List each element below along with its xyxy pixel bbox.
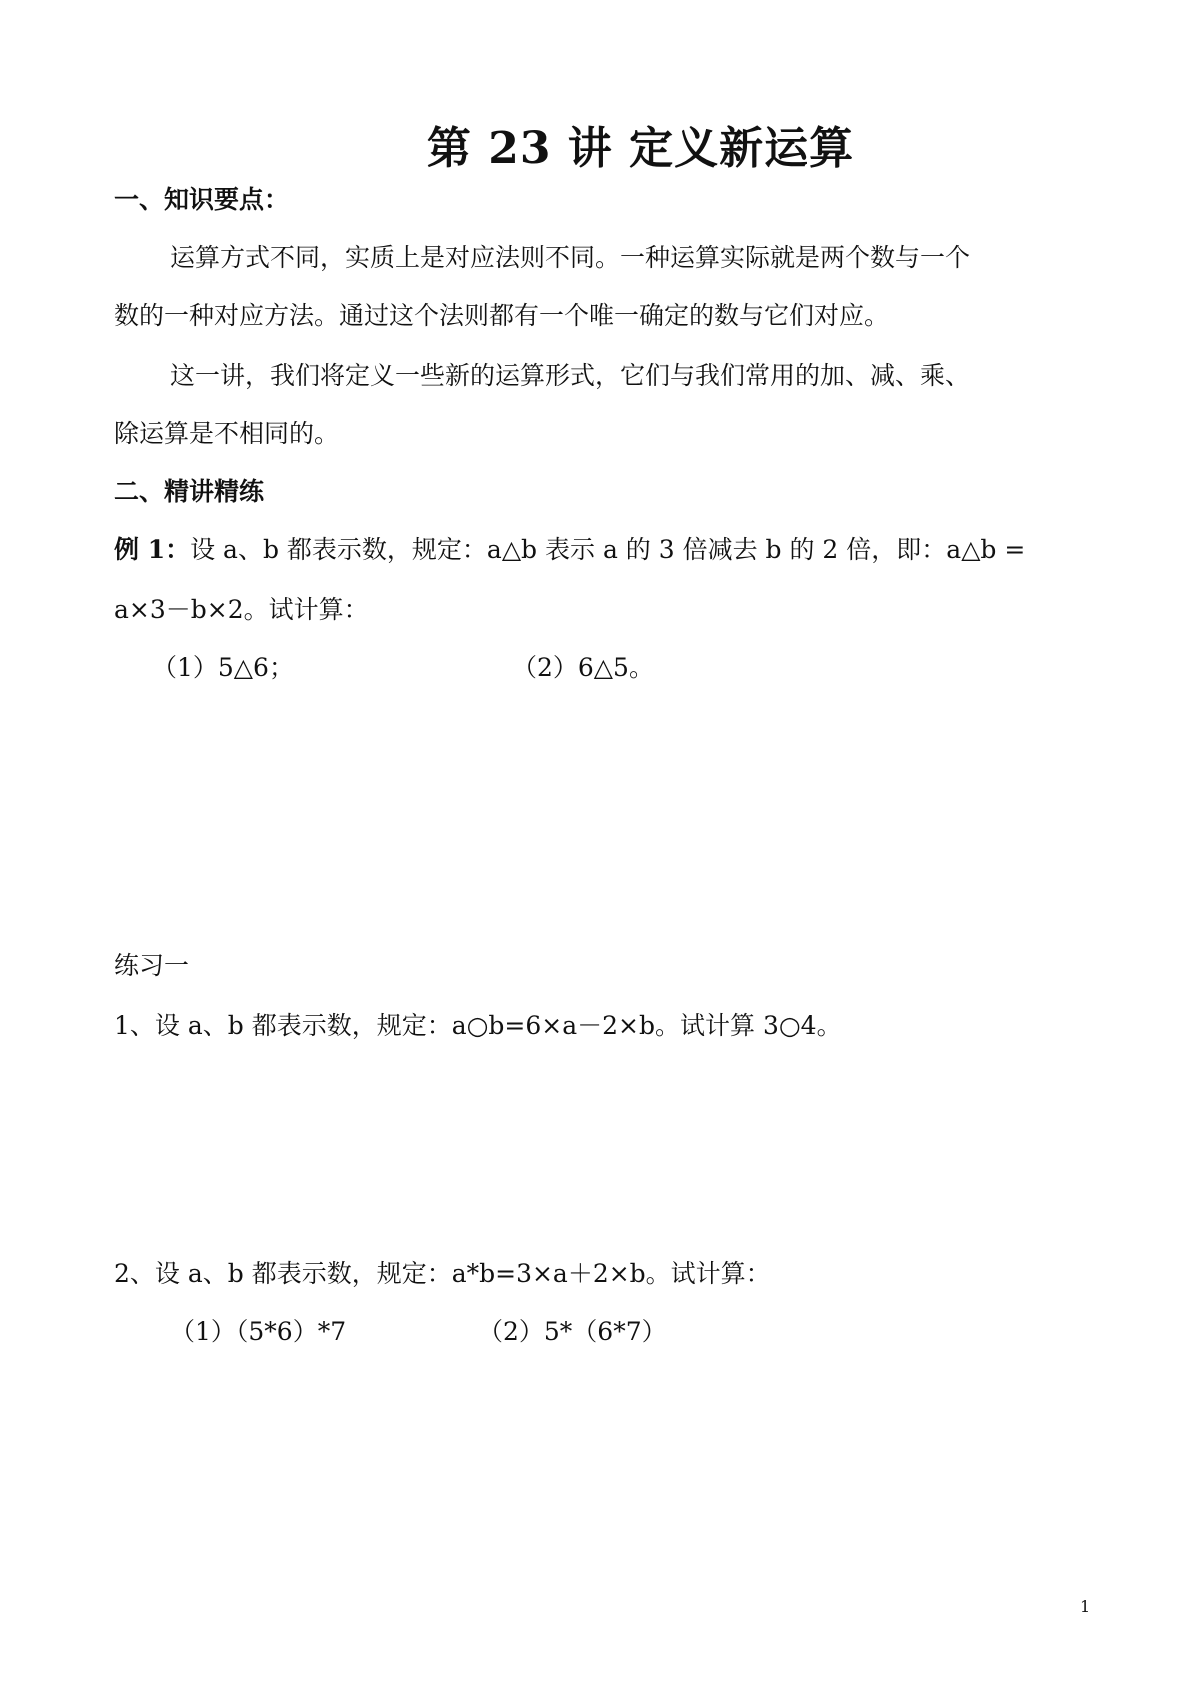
section-heading-lecture-practice: 二、精讲精练 <box>114 472 264 508</box>
paragraph-1-line-2: 数的一种对应方法。通过这个法则都有一个唯一确定的数与它们对应。 <box>114 296 889 332</box>
practice-question-1: 1、设 a、b 都表示数，规定：a○b=6×a－2×b。试计算 3○4。 <box>114 1006 842 1042</box>
paragraph-2-line-2: 除运算是不相同的。 <box>114 414 339 450</box>
section-heading-knowledge-points: 一、知识要点： <box>114 180 289 216</box>
practice-heading: 练习一 <box>114 946 189 982</box>
practice-question-2-item-2: （2）5*（6*7） <box>478 1312 667 1348</box>
example-1-line-2: a×3－b×2。试计算： <box>114 590 369 626</box>
paragraph-1-line-1: 运算方式不同，实质上是对应法则不同。一种运算实际就是两个数与一个 <box>170 238 970 274</box>
practice-question-2-item-1: （1）（5*6）*7 <box>170 1312 346 1348</box>
example-1-text: 设 a、b 都表示数，规定：a△b 表示 a 的 3 倍减去 b 的 2 倍，即… <box>190 535 1025 564</box>
page-number: 1 <box>1080 1597 1090 1616</box>
example-1-label: 例 1： <box>114 535 190 564</box>
practice-question-2: 2、设 a、b 都表示数，规定：a*b=3×a＋2×b。试计算： <box>114 1254 771 1290</box>
example-1-item-1: （1）5△6； <box>152 648 294 684</box>
paragraph-2-line-1: 这一讲，我们将定义一些新的运算形式，它们与我们常用的加、减、乘、 <box>170 356 970 392</box>
page-title: 第 23 讲 定义新运算 <box>0 112 1191 176</box>
example-1-item-2: （2）6△5。 <box>512 648 654 684</box>
example-1-line-1: 例 1：设 a、b 都表示数，规定：a△b 表示 a 的 3 倍减去 b 的 2… <box>114 530 1025 566</box>
